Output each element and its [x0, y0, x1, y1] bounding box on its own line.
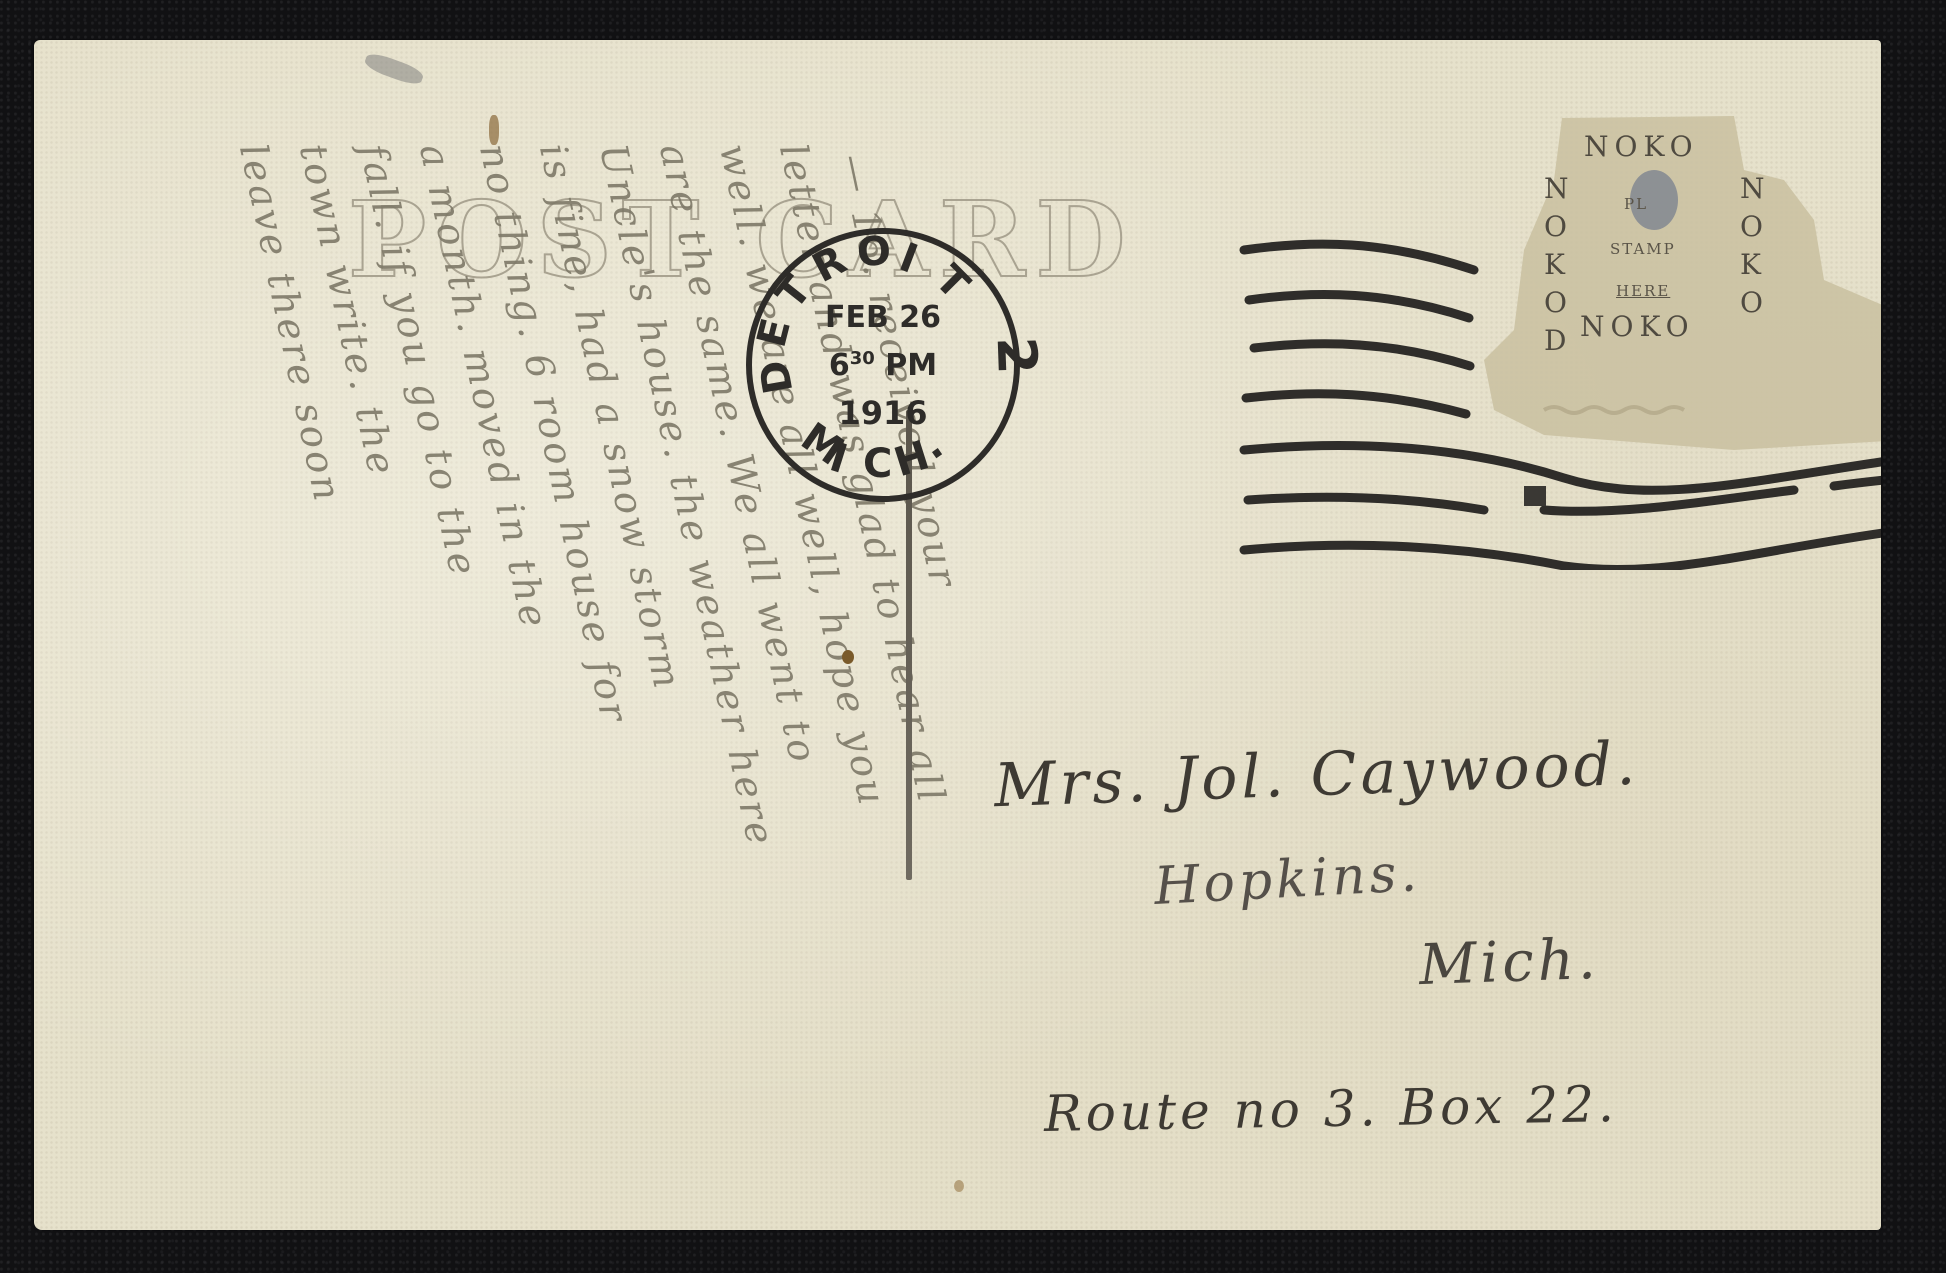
stamp-right-text: NOKO	[1740, 170, 1770, 322]
stain-spot	[954, 1180, 964, 1192]
postmark: DETROIT MICH. FEB 26 630 PM 1916 2	[746, 228, 1020, 502]
postmark-hour: 6	[829, 348, 850, 383]
postmark-time: 630 PM	[752, 348, 1014, 383]
stamp-top-text: NOKO	[1584, 130, 1699, 163]
stamp-left-text: NOKOD	[1544, 170, 1574, 360]
postmark-minute: 30	[850, 348, 875, 369]
stain-spot	[489, 115, 499, 145]
postmark-station-number: 2	[985, 336, 1049, 376]
recipient-name: Mrs. Jol. Caywood.	[993, 729, 1640, 821]
stamp-center-line: HERE	[1616, 282, 1670, 300]
stamp-center-line: PL	[1624, 195, 1648, 213]
recipient-town: Hopkins.	[1153, 843, 1423, 917]
postmark-letter: O	[856, 228, 895, 276]
smudge-mark	[363, 50, 426, 87]
recipient-route: Route no 3. Box 22.	[1044, 1075, 1619, 1143]
stamp-bottom-text: NOKO	[1580, 310, 1695, 343]
postcard-back: POST CARD — 16. received your letter and…	[34, 40, 1881, 1230]
postmark-date: FEB 26	[752, 300, 1014, 335]
stamp-center-line: STAMP	[1610, 240, 1676, 258]
stain-spot	[842, 650, 854, 664]
postmark-letter: I	[893, 234, 925, 283]
recipient-state: Mich.	[1418, 927, 1601, 998]
stamp-remnant: NOKO NOKO NOKOD NOKO PL STAMP HERE	[1484, 110, 1881, 460]
postmark-ampm: PM	[885, 348, 937, 383]
postmark-year: 1916	[752, 394, 1014, 432]
